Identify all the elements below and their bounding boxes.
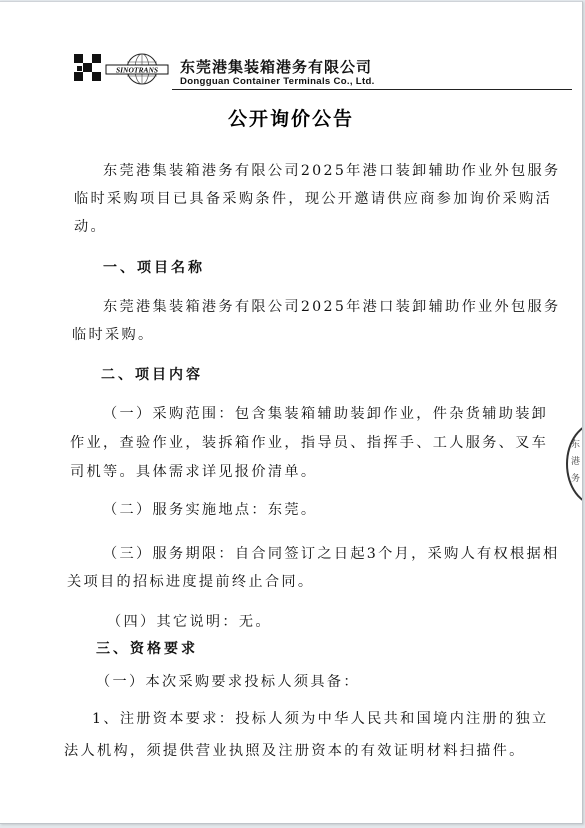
letterhead: SINOTRANS 东莞港集装箱港务有限公司 Dongguan Containe… (74, 48, 572, 92)
document-page: SINOTRANS 东莞港集装箱港务有限公司 Dongguan Containe… (0, 1, 583, 824)
sinotrans-globe-icon: SINOTRANS (104, 52, 170, 86)
section-1-line-1: 东莞港集装箱港务有限公司2025年港口装卸辅助作业外包服务 (103, 296, 561, 316)
section-2-item-2: （二）服务实施地点：东莞。 (103, 499, 317, 519)
stamp-char-1: 东 (571, 437, 580, 450)
section-2-item-1-line-3: 司机等。具体需求详见报价清单。 (70, 461, 317, 481)
section-1-heading: 一、项目名称 (103, 257, 205, 277)
section-3-heading: 三、资格要求 (96, 638, 198, 658)
section-3-req-1-line-2: 法人机构，须提供营业执照及注册资本的有效证明材料扫描件。 (64, 740, 526, 760)
svg-text:SINOTRANS: SINOTRANS (116, 66, 158, 75)
section-3-req-1-line-1: 1、注册资本要求：投标人须为中华人民共和国境内注册的独立 (92, 708, 549, 728)
header-divider (172, 89, 572, 90)
section-2-item-1-line-2: 作业，查验作业，装拆箱作业，指导员、指挥手、工人服务、叉车 (70, 432, 548, 452)
stamp-char-3: 务 (571, 471, 580, 484)
company-name-en: Dongguan Container Terminals Co., Ltd. (180, 76, 375, 87)
section-2-item-3-line-2: 关项目的招标进度提前终止合同。 (67, 571, 314, 591)
intro-line-2: 临时采购项目已具备采购条件，现公开邀请供应商参加询价采购活 (74, 188, 552, 208)
section-2-item-4: （四）其它说明：无。 (107, 611, 272, 631)
document-title: 公开询价公告 (0, 104, 582, 131)
section-3-item-1: （一）本次采购要求投标人须具备： (96, 671, 360, 691)
section-2-item-1-line-1: （一）采购范围：包含集装箱辅助装卸作业，件杂货辅助装卸 (103, 403, 548, 423)
intro-line-3: 动。 (74, 216, 107, 236)
stamp-char-2: 港 (571, 454, 580, 467)
section-2-heading: 二、项目内容 (101, 364, 203, 384)
company-name-cn: 东莞港集装箱港务有限公司 (180, 56, 372, 77)
section-1-line-2: 临时采购。 (72, 324, 154, 344)
company-logo-icon (74, 54, 102, 82)
intro-line-1: 东莞港集装箱港务有限公司2025年港口装卸辅助作业外包服务 (103, 160, 561, 180)
section-2-item-3-line-1: （三）服务期限：自合同签订之日起3个月，采购人有权根据相 (103, 543, 560, 563)
